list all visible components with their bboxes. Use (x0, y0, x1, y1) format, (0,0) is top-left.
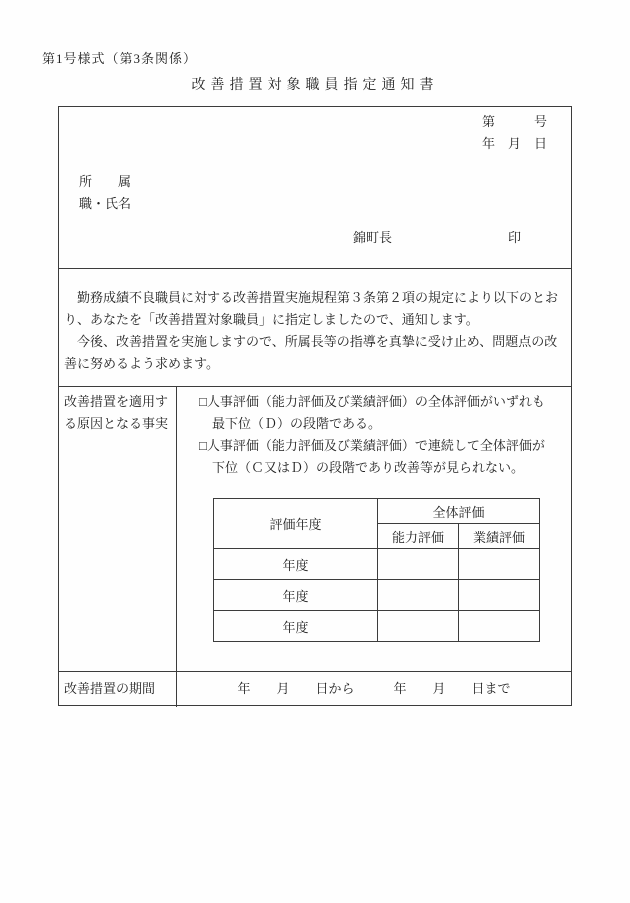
performance-cell[interactable] (459, 580, 540, 611)
name-label: 職・氏名 (79, 193, 571, 215)
checkbox-icon[interactable]: □ (199, 438, 207, 453)
checkbox-item: □人事評価（能力評価及び業績評価）の全体評価がいずれも 最下位（Ｄ）の段階である… (199, 391, 567, 435)
period-label: 改善措置の期間 (59, 672, 177, 707)
document-title: 改善措置対象職員指定通知書 (0, 74, 630, 94)
ability-evaluation-header: 能力評価 (378, 524, 459, 549)
year-cell[interactable]: 年度 (214, 611, 378, 642)
year-cell[interactable]: 年度 (214, 580, 378, 611)
checkbox-item: □人事評価（能力評価及び業績評価）で連続して全体評価が 下位（Ｃ又はＤ）の段階で… (199, 435, 567, 479)
performance-cell[interactable] (459, 611, 540, 642)
recipient-block: 所 属 職・氏名 (59, 171, 571, 215)
performance-cell[interactable] (459, 549, 540, 580)
notification-box: 第 号 年 月 日 所 属 職・氏名 錦町長 印 勤務成績不良職員に対する改善措… (58, 106, 572, 706)
header-section: 第 号 年 月 日 所 属 職・氏名 錦町長 印 (59, 107, 571, 268)
facts-body: □人事評価（能力評価及び業績評価）の全体評価がいずれも 最下位（Ｄ）の段階である… (177, 387, 571, 671)
document-page: 第1号様式（第3条関係） 改善措置対象職員指定通知書 第 号 年 月 日 所 属… (0, 0, 630, 903)
sender-name: 錦町長 (353, 227, 392, 249)
evaluation-table: 評価年度 全体評価 能力評価 業績評価 年度 年度 (213, 498, 540, 642)
year-cell[interactable]: 年度 (214, 549, 378, 580)
period-section: 改善措置の期間 年 月 日から 年 月 日まで (59, 671, 571, 707)
ability-cell[interactable] (378, 549, 459, 580)
checkbox-text: 人事評価（能力評価及び業績評価）の全体評価がいずれも 最下位（Ｄ）の段階である。 (207, 394, 545, 431)
eval-year-header: 評価年度 (214, 499, 378, 549)
facts-label: 改善措置を適用す る原因となる事実 (59, 387, 177, 671)
period-value[interactable]: 年 月 日から 年 月 日まで (177, 672, 571, 707)
form-id-text: 第1号様式（第3条関係） (42, 48, 197, 67)
seal-mark: 印 (508, 227, 521, 249)
sender-row: 錦町長 印 (59, 227, 571, 249)
overall-evaluation-header: 全体評価 (378, 499, 540, 524)
table-row: 年度 (214, 580, 540, 611)
checkbox-icon[interactable]: □ (199, 394, 207, 409)
ability-cell[interactable] (378, 580, 459, 611)
body-paragraph: 勤務成績不良職員に対する改善措置実施規程第３条第２項の規定により以下のとおり、あ… (59, 268, 571, 386)
doc-date: 年 月 日 (59, 133, 571, 155)
facts-section: 改善措置を適用す る原因となる事実 □人事評価（能力評価及び業績評価）の全体評価… (59, 386, 571, 671)
table-row: 年度 (214, 611, 540, 642)
ability-cell[interactable] (378, 611, 459, 642)
performance-evaluation-header: 業績評価 (459, 524, 540, 549)
doc-number: 第 号 (59, 111, 571, 133)
table-row: 年度 (214, 549, 540, 580)
affiliation-label: 所 属 (79, 171, 571, 193)
checkbox-text: 人事評価（能力評価及び業績評価）で連続して全体評価が 下位（Ｃ又はＤ）の段階であ… (207, 438, 545, 475)
